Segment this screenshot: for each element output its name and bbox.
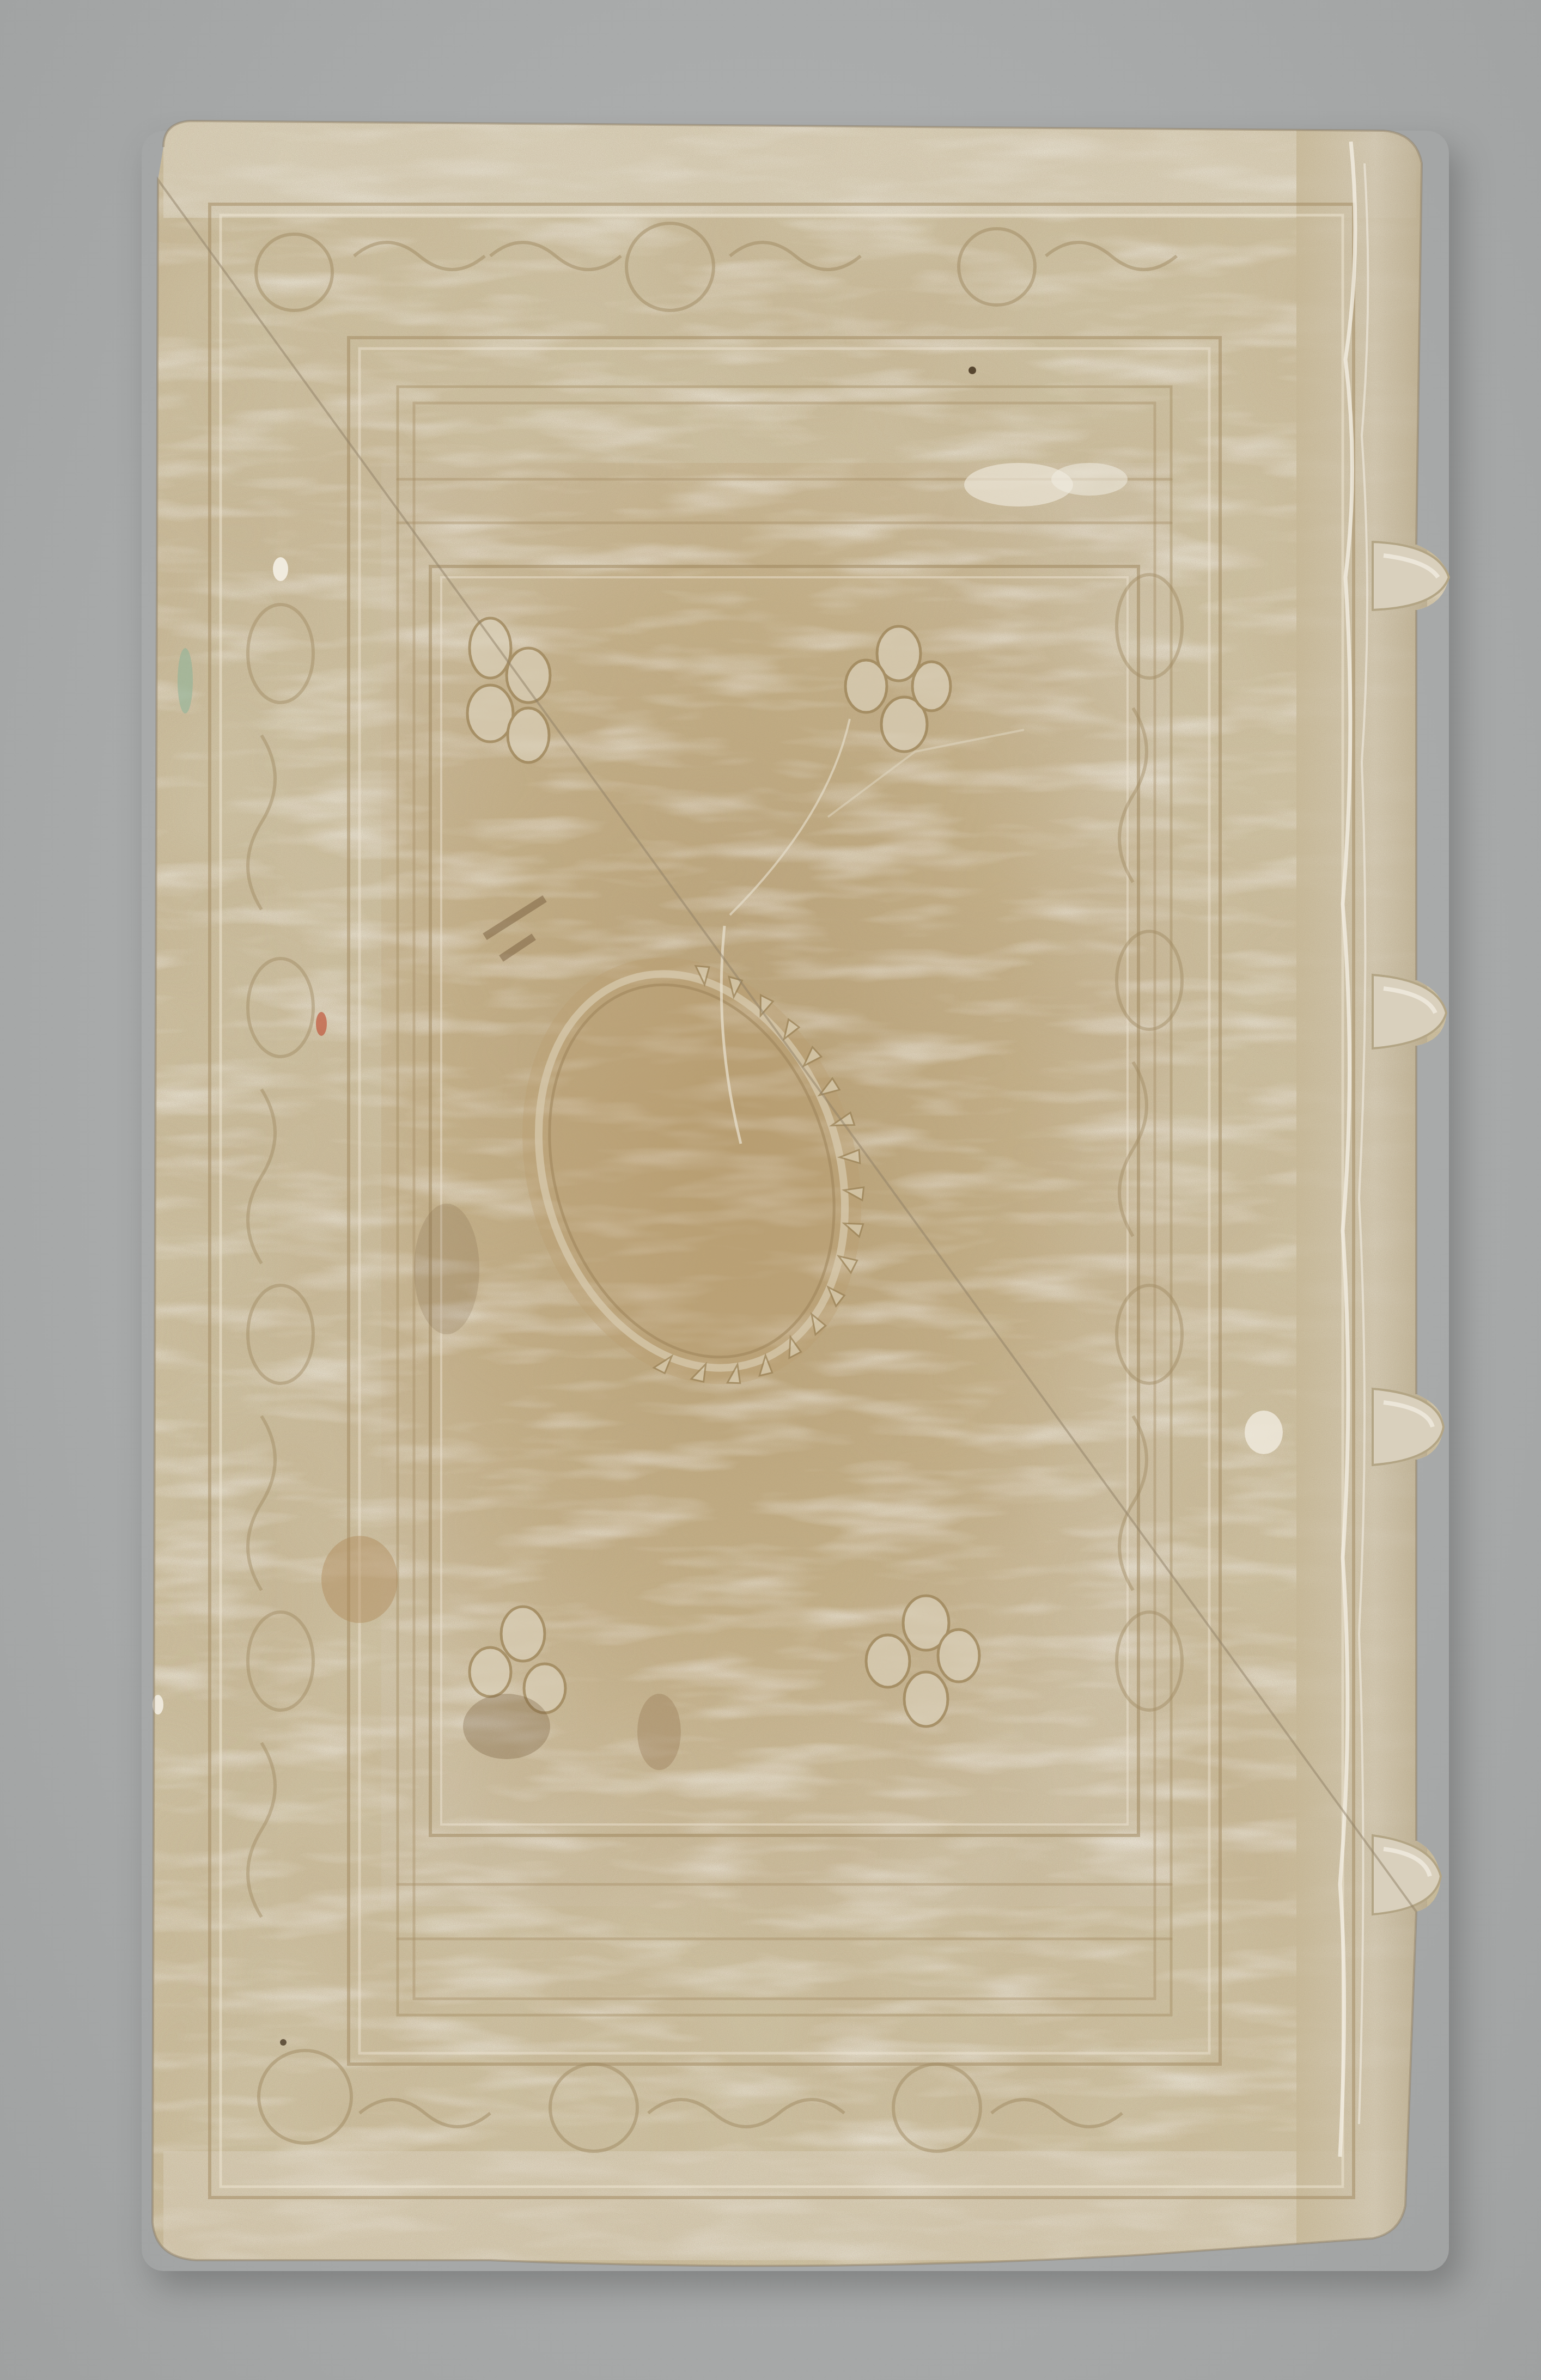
spine-band-1 xyxy=(1373,542,1449,610)
spine-band-3 xyxy=(1373,1389,1443,1465)
book-cover xyxy=(0,0,1541,2380)
red-stain xyxy=(316,1012,327,1036)
green-stain xyxy=(178,648,193,713)
photo-background xyxy=(0,0,1541,2380)
